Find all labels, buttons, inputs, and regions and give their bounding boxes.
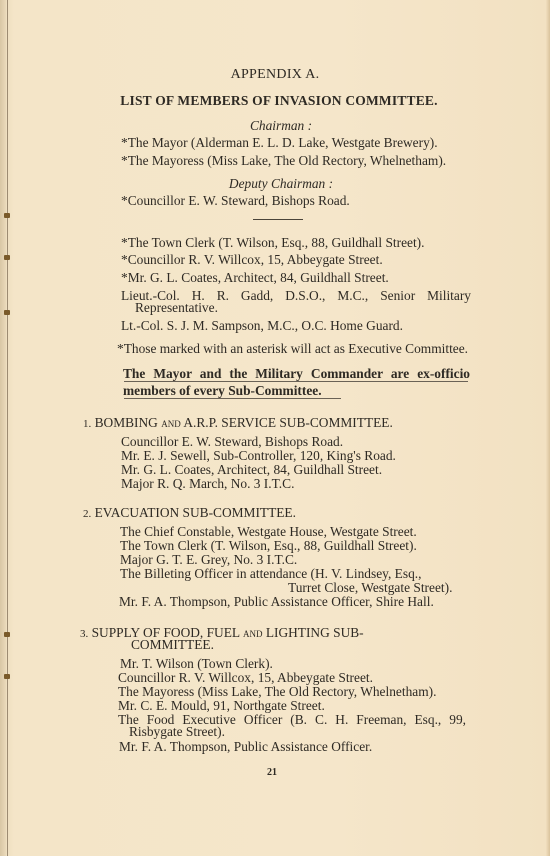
subcommittee-member: The Town Clerk (T. Wilson, Esq., 88, Gui… [120,538,417,553]
subcommittee-heading: 2. EVACUATION SUB-COMMITTEE. [83,505,296,522]
subcommittee-member: Major G. T. E. Grey, No. 3 I.T.C. [120,552,297,567]
chairman-member: *The Mayoress (Miss Lake, The Old Rector… [121,153,446,168]
subcommittee-member: Mr. T. Wilson (Town Clerk). [120,656,273,671]
list-title: LIST OF MEMBERS OF INVASION COMMITTEE. [4,93,550,108]
subcommittee-member: The Mayoress (Miss Lake, The Old Rectory… [118,684,436,699]
staple-mark [4,255,10,260]
staple-mark [4,310,10,315]
subcommittee-member: The Chief Constable, Westgate House, Wes… [120,524,417,539]
subcommittee-member-continued: Turret Close, Westgate Street). [288,580,452,595]
staple-mark [4,632,10,637]
committee-member: Lt.-Col. S. J. M. Sampson, M.C., O.C. Ho… [121,318,403,333]
page-number: 21 [0,765,547,780]
committee-member: *The Town Clerk (T. Wilson, Esq., 88, Gu… [121,235,425,250]
subcommittee-title: A.R.P. SERVICE SUB-COMMITTEE. [183,415,392,430]
subcommittee-member: Mr. F. A. Thompson, Public Assistance Of… [119,594,434,609]
subcommittee-member: Councillor R. V. Willcox, 15, Abbeygate … [118,670,373,685]
subcommittee-heading: 3. SUPPLY OF FOOD, FUEL and LIGHTING SUB… [80,625,364,642]
ex-officio-note-line2: members of every Sub-Committee. [123,383,322,398]
asterisk-note: *Those marked with an asterisk will act … [117,341,468,356]
committee-member: *Mr. G. L. Coates, Architect, 84, Guildh… [121,270,389,285]
subcommittee-heading: 1. BOMBING and A.R.P. SERVICE SUB-COMMIT… [83,415,393,432]
subcommittee-member-continued: Risbygate Street). [129,724,225,739]
chairman-member: *The Mayor (Alderman E. L. D. Lake, West… [121,135,438,150]
subcommittee-member: The Billeting Officer in attendance (H. … [120,566,421,581]
subcommittee-number: 1. [83,418,91,430]
subcommittee-member: Mr. E. J. Sewell, Sub-Controller, 120, K… [121,448,396,463]
underline [124,398,341,399]
subcommittee-title: BOMBING [95,415,158,430]
subcommittee-member: Major R. Q. March, No. 3 I.T.C. [121,476,294,491]
document-page: APPENDIX A. LIST OF MEMBERS OF INVASION … [0,0,550,856]
underline [124,381,468,382]
deputy-chairman-member: *Councillor E. W. Steward, Bishops Road. [121,193,350,208]
subcommittee-title: LIGHTING SUB- [266,625,364,640]
subcommittee-title-continued: COMMITTEE. [131,637,214,652]
ex-officio-note-line1: The Mayor and the Military Commander are… [123,366,470,381]
chairman-label: Chairman : [6,118,550,133]
subcommittee-title: EVACUATION SUB-COMMITTEE. [95,505,296,520]
subcommittee-title-conjunction: and [161,415,181,430]
subcommittee-member: Mr. F. A. Thompson, Public Assistance Of… [119,739,372,754]
subcommittee-number: 2. [83,508,91,520]
staple-mark [4,674,10,679]
subcommittee-title-conjunction: and [243,625,263,640]
appendix-title: APPENDIX A. [0,67,550,82]
committee-member-continued: Representative. [135,300,218,315]
subcommittee-member: Councillor E. W. Steward, Bishops Road. [121,434,343,449]
staple-mark [4,213,10,218]
committee-member: *Councillor R. V. Willcox, 15, Abbeygate… [121,252,383,267]
subcommittee-member: Mr. G. L. Coates, Architect, 84, Guildha… [121,462,382,477]
deputy-chairman-label: Deputy Chairman : [6,176,550,191]
subcommittee-number: 3. [80,628,88,640]
subcommittee-member: Mr. C. E. Mould, 91, Northgate Street. [118,698,325,713]
divider-rule [253,219,303,220]
